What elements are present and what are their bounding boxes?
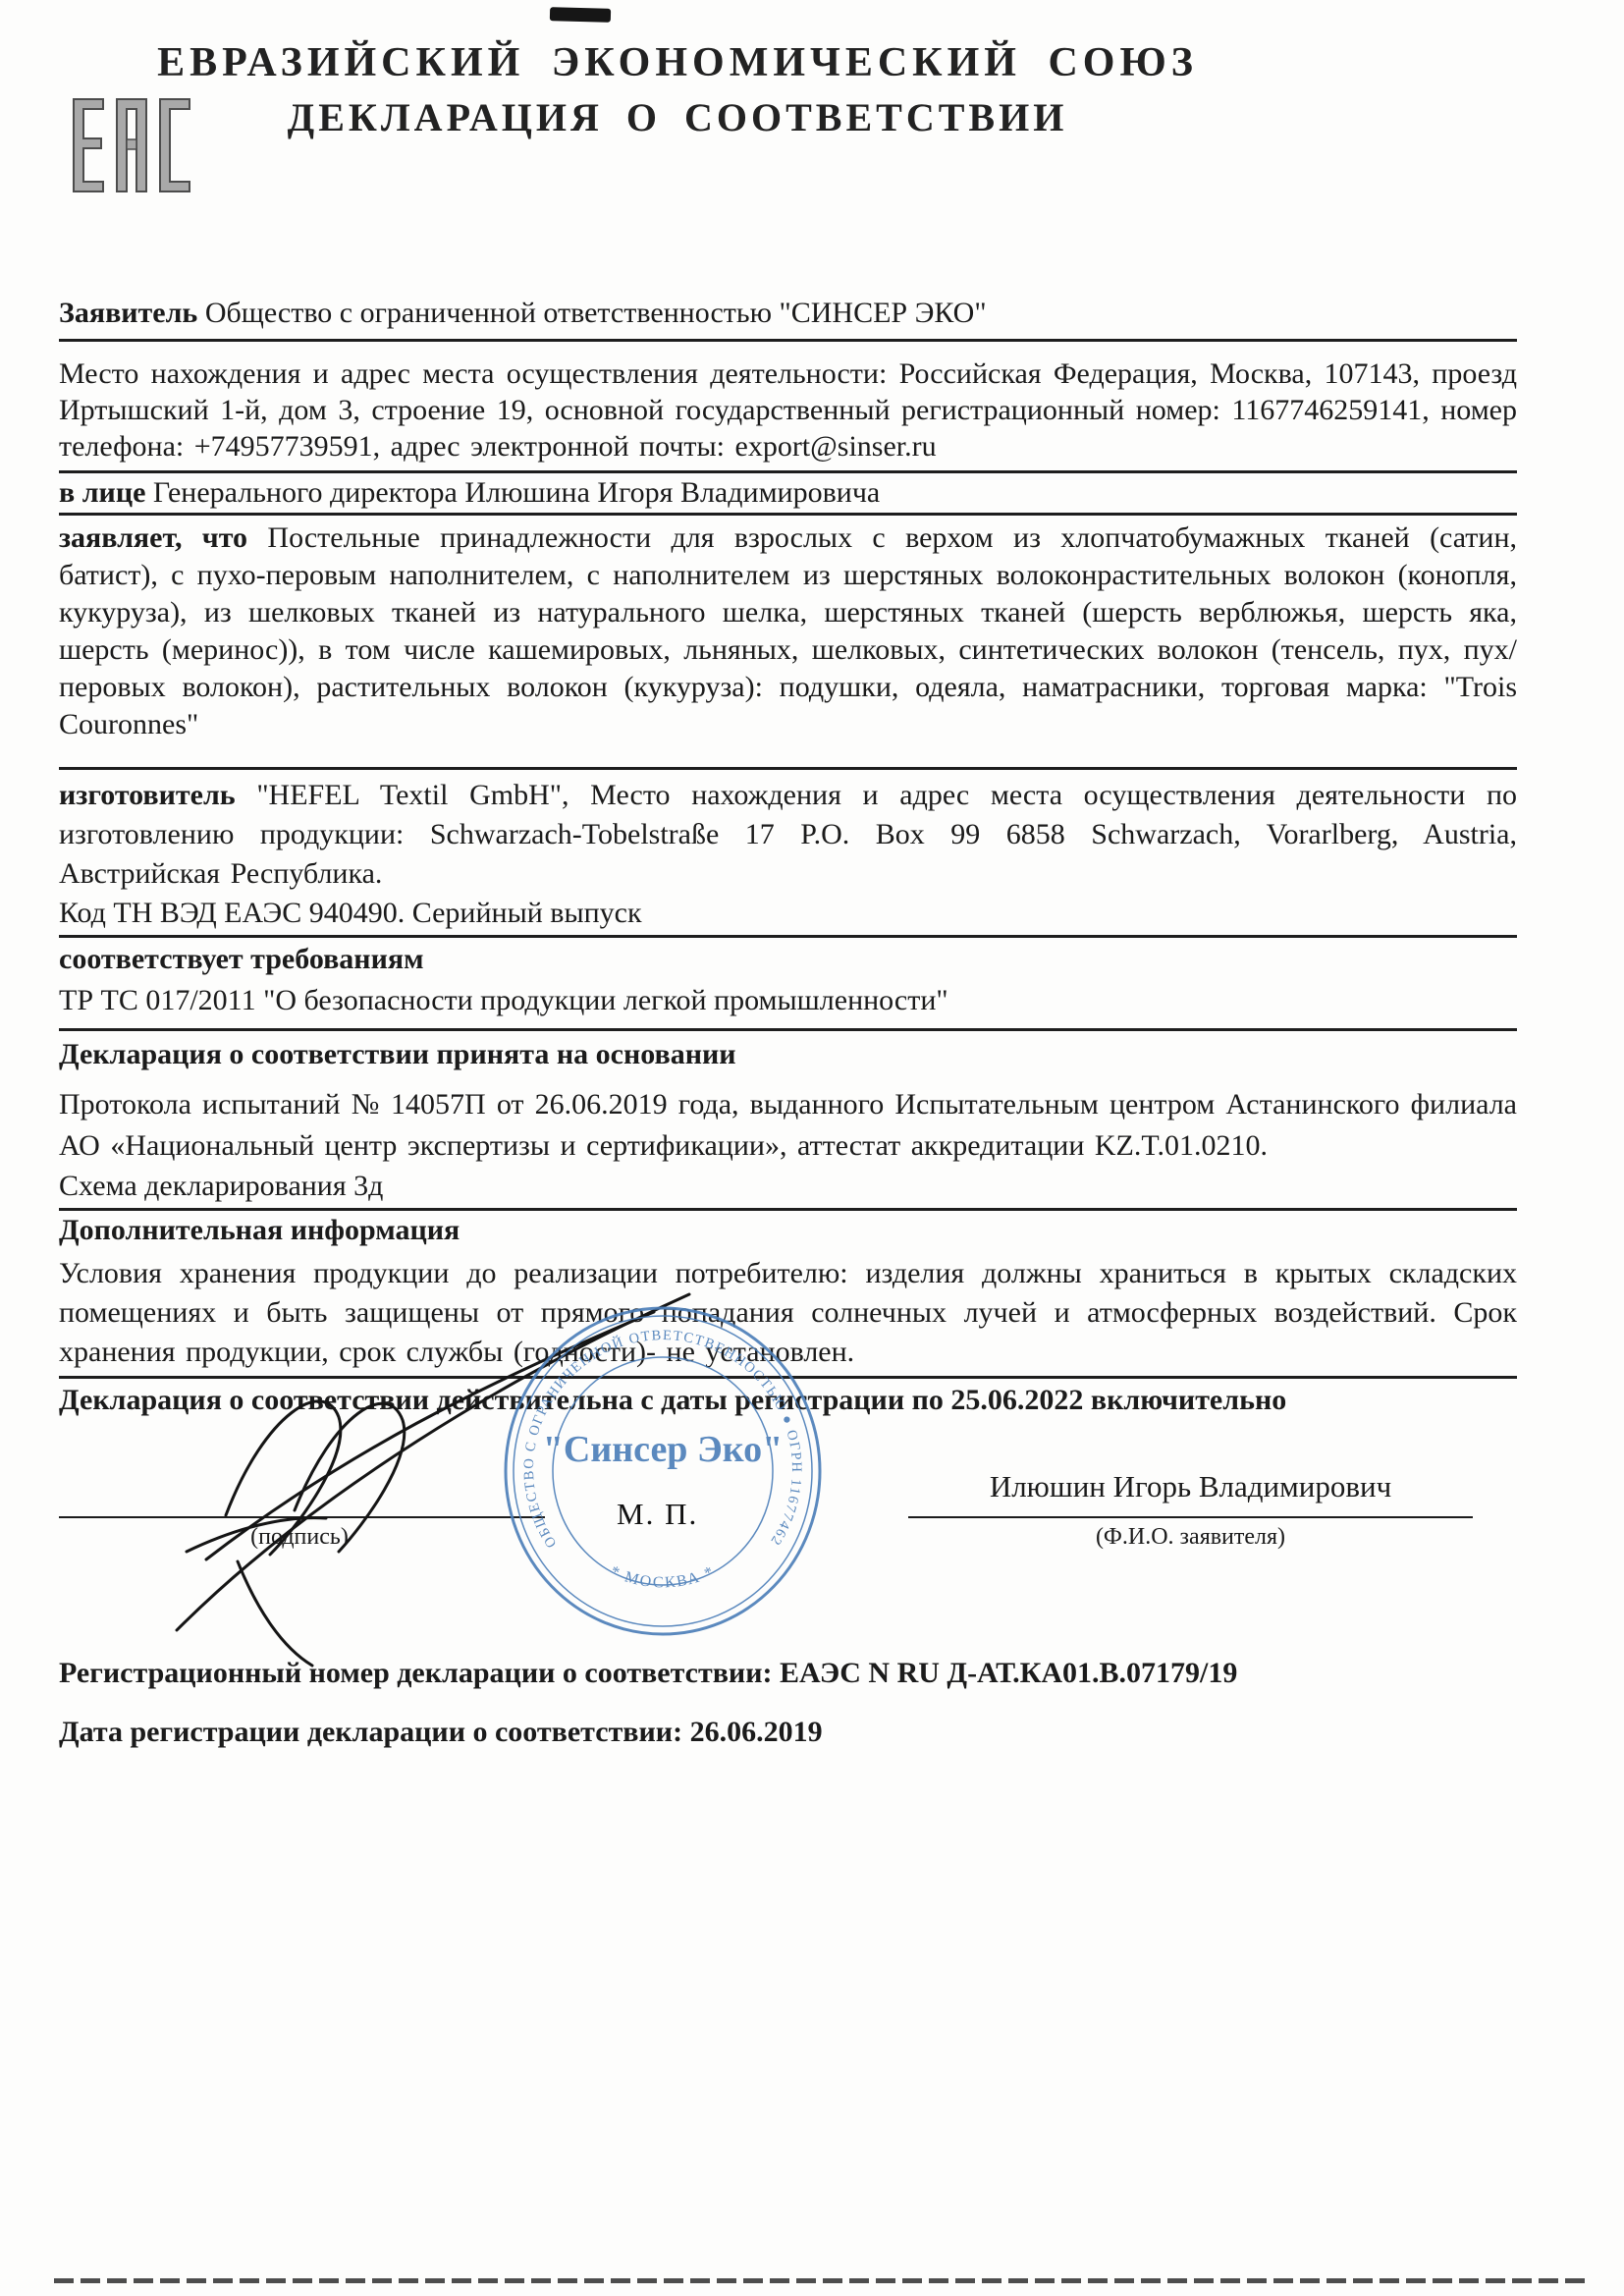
divider <box>59 935 1517 938</box>
address-paragraph: Место нахождения и адрес места осуществл… <box>59 355 1517 465</box>
declares-value: Постельные принадлежности для взрослых с… <box>59 521 1517 740</box>
document-title: ЕВРАЗИЙСКИЙ ЭКОНОМИЧЕСКИЙ СОЮЗ ДЕКЛАРАЦИ… <box>59 39 1296 140</box>
scheme-line: Схема декларирования 3д <box>59 1169 1517 1204</box>
applicant-value: Общество с ограниченной ответственностью… <box>205 297 987 329</box>
registration-date-line: Дата регистрации декларации о соответств… <box>59 1715 1517 1750</box>
declares-label: заявляет, что <box>59 521 247 554</box>
declares-paragraph: заявляет, что Постельные принадлежности … <box>59 519 1517 743</box>
divider <box>59 767 1517 770</box>
divider <box>59 513 1517 516</box>
applicant-line: Заявитель Общество с ограниченной ответс… <box>59 296 1517 331</box>
manufacturer-paragraph: изготовитель "HEFEL Textil GmbH", Место … <box>59 776 1517 894</box>
mp-seal-label: М. П. <box>617 1497 698 1532</box>
divider <box>59 470 1517 473</box>
tnved-code-line: Код ТН ВЭД ЕАЭС 940490. Серийный выпуск <box>59 896 1517 931</box>
title-union: ЕВРАЗИЙСКИЙ ЭКОНОМИЧЕСКИЙ СОЮЗ <box>59 39 1296 86</box>
scan-edge-artifact <box>54 2278 1591 2283</box>
manufacturer-label: изготовитель <box>59 779 236 811</box>
company-stamp: ОБЩЕСТВО С ОГРАНИЧЕННОЙ ОТВЕТСТВЕННОСТЬЮ… <box>496 1302 830 1645</box>
additional-heading: Дополнительная информация <box>59 1213 1517 1248</box>
stamp-city-text: * МОСКВА * <box>608 1563 718 1592</box>
divider <box>59 339 1517 342</box>
basis-heading: Декларация о соответствии принята на осн… <box>59 1037 1517 1072</box>
basis-paragraph: Протокола испытаний № 14057П от 26.06.20… <box>59 1084 1517 1167</box>
divider <box>59 1028 1517 1031</box>
complies-heading: соответствует требованиям <box>59 942 1517 977</box>
in-person-line: в лице Генерального директора Илюшина Иг… <box>59 475 1517 511</box>
applicant-label: Заявитель <box>59 297 197 329</box>
stamp-center-text: "Синсер Эко" <box>543 1429 783 1470</box>
title-declaration: ДЕКЛАРАЦИЯ О СООТВЕТСТВИИ <box>59 94 1296 140</box>
divider <box>59 1208 1517 1211</box>
stamp-icon: ОБЩЕСТВО С ОГРАНИЧЕННОЙ ОТВЕТСТВЕННОСТЬЮ… <box>496 1302 830 1640</box>
in-person-value: Генерального директора Илюшина Игоря Вла… <box>153 476 880 509</box>
complies-text: ТР ТС 017/2011 "О безопасности продукции… <box>59 983 1517 1018</box>
manufacturer-value: "HEFEL Textil GmbH", Место нахождения и … <box>59 779 1517 890</box>
declarant-name: Илюшин Игорь Владимирович <box>908 1469 1473 1504</box>
declarant-name-line <box>908 1516 1473 1518</box>
in-person-label: в лице <box>59 476 145 509</box>
declarant-name-caption: (Ф.И.О. заявителя) <box>908 1524 1473 1551</box>
declaration-document-page: ЕВРАЗИЙСКИЙ ЭКОНОМИЧЕСКИЙ СОЮЗ ДЕКЛАРАЦИ… <box>0 0 1624 2296</box>
